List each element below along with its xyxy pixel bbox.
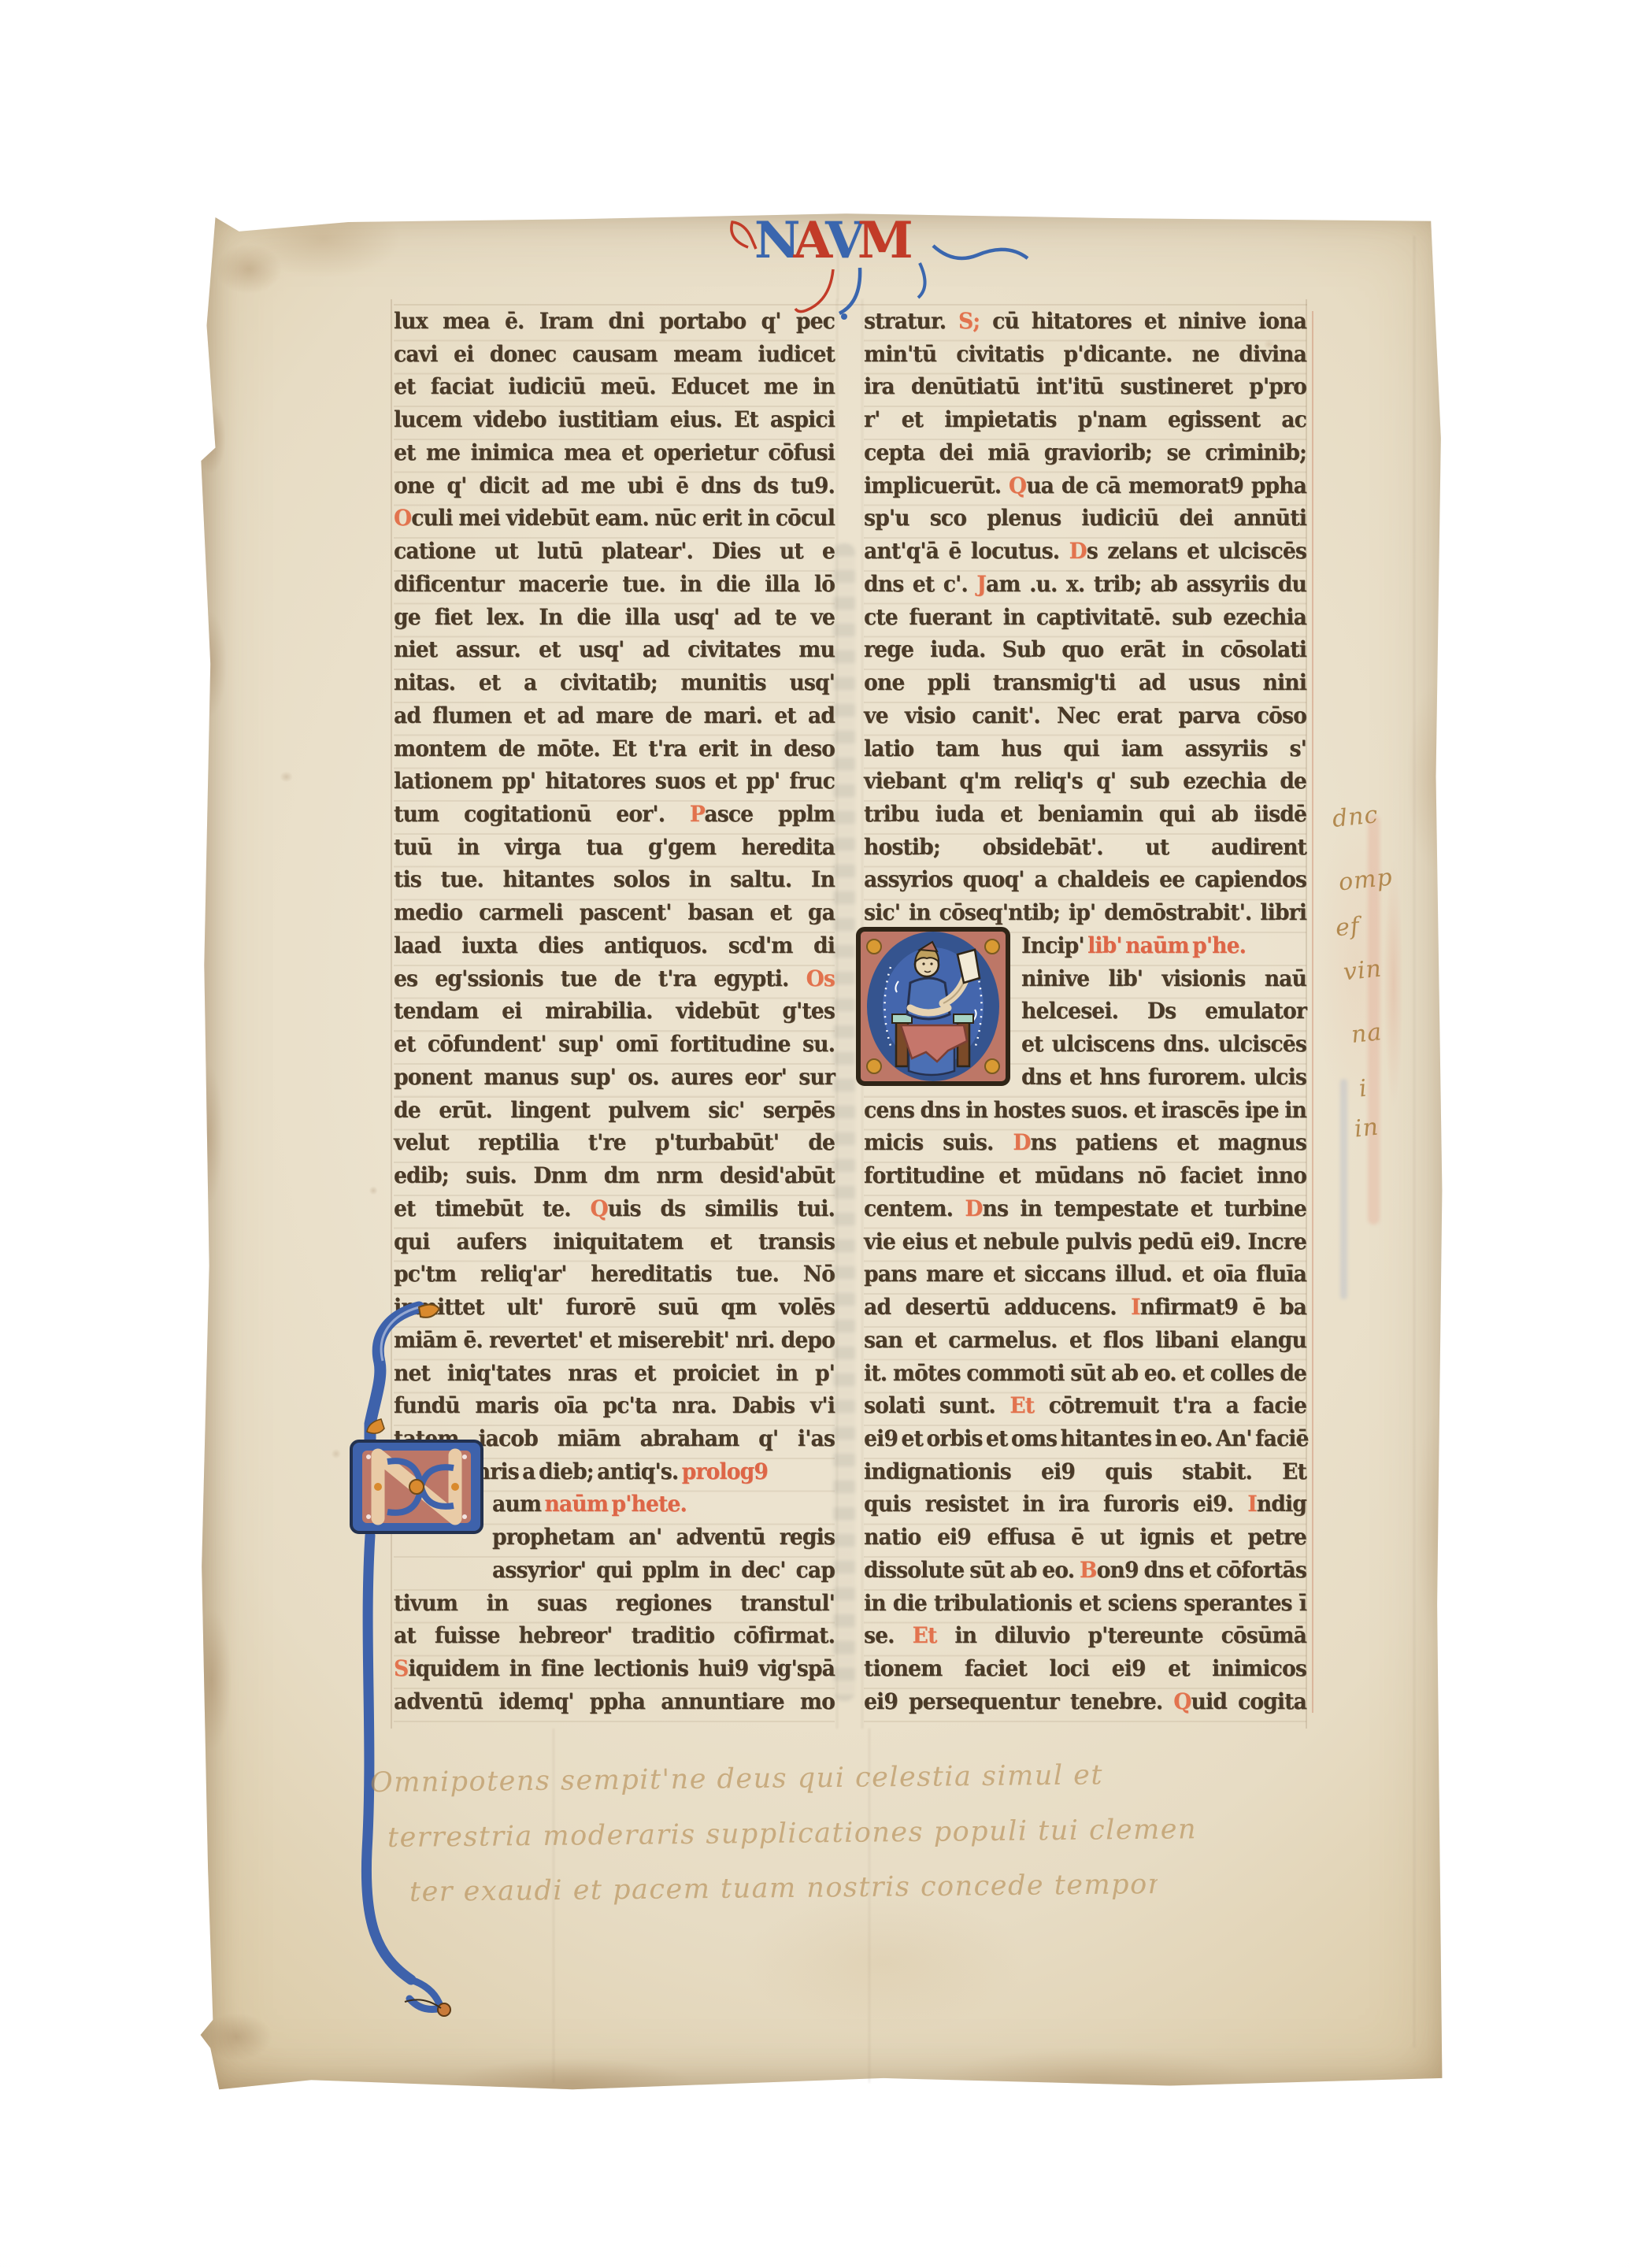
body-text: asce pplm — [704, 802, 835, 827]
text-line: ad flumen et ad mare de mari. et ad — [394, 703, 835, 737]
touched-capital: J — [976, 572, 986, 597]
text-line: pans mare et siccans illud. et oīa fluīa — [864, 1262, 1306, 1295]
margin-note: na — [1350, 1018, 1384, 1049]
text-line: catione ut lutū platear'. Dies ut e — [394, 539, 835, 573]
body-text: sp'u sco plenus iudiciū dei annūti — [864, 506, 1306, 531]
text-line: dissolute sūt ab eo. Bon9 dns et cōfortā… — [864, 1558, 1306, 1592]
text-line: rege iuda. Sub quo erāt in cōsolati — [864, 637, 1306, 671]
text-line: min'tū civitatis p'dicante. ne divina — [864, 342, 1306, 376]
body-text: stratur. — [864, 309, 958, 334]
body-text: edib; suis. Dnm dm nrm desid'abūt — [394, 1163, 835, 1188]
body-text: implicuerūt. — [864, 473, 1009, 498]
body-text: min'tū civitatis p'dicante. ne divina — [864, 342, 1306, 367]
rubric-text: naūm p'hete. — [545, 1492, 687, 1517]
body-text: ua de cā memorat9 ppha — [1026, 473, 1306, 498]
body-text: cens dns in hostes suos. et irascēs ipe … — [864, 1098, 1306, 1123]
fold-right-margin — [1413, 236, 1415, 2047]
body-text: cōtremuit t'ra a facie — [1034, 1393, 1306, 1418]
text-line: cepta dei miā graviorib; se criminib; — [864, 440, 1306, 474]
body-text: dns et c'. — [864, 572, 976, 597]
text-line: velut reptilia t're p'turbabūt' de — [394, 1130, 835, 1164]
text-line: cens dns in hostes suos. et irascēs ipe … — [864, 1098, 1306, 1132]
text-line: de erūt. lingent pulvem sic' serpēs — [394, 1098, 835, 1132]
text-line: niet assur. et usq' ad civitates mu — [394, 637, 835, 671]
body-text: it. mōtes commoti sūt ab eo. et colles d… — [864, 1361, 1306, 1386]
body-text: uis ds similis tui. — [608, 1196, 835, 1221]
margin-note: vin — [1342, 955, 1383, 987]
touched-capital: B — [1080, 1558, 1097, 1583]
text-line: r' et impietatis p'nam egissent ac — [864, 407, 1306, 441]
body-text: ad desertū adducens. — [864, 1295, 1131, 1320]
text-line: dificentur macerie tue. in die illa lō — [394, 572, 835, 606]
body-text: laad iuxta dies antiquos. scd'm di — [394, 933, 835, 958]
text-line: ei9 et orbis et oms hitantes in eo. An' … — [864, 1426, 1306, 1460]
body-text: rege iuda. Sub quo erāt in cōsolati — [864, 637, 1306, 662]
text-line: ei9 persequentur tenebre. Quid cogita — [864, 1689, 1306, 1723]
body-text: pans mare et siccans illud. et oīa fluīa — [864, 1262, 1306, 1287]
body-text: dissolute sūt ab eo. — [864, 1558, 1080, 1583]
body-text: in die tribulationis et sciens sperantes… — [864, 1591, 1306, 1616]
body-text: sic' in cōseq'ntib; ip' demōstrabit'. li… — [864, 900, 1306, 925]
body-text: ant'q'ā ē locutus. — [864, 539, 1069, 564]
body-text: qui aufers iniquitatem et transis — [394, 1229, 835, 1254]
body-text: solati sunt. — [864, 1393, 1009, 1418]
body-text: montem de mōte. Et t'ra erit in deso — [394, 736, 835, 762]
text-line: indignationis ei9 quis stabit. Et — [864, 1459, 1306, 1493]
text-line: one q' dicit ad me ubi ē dns ds tu9. — [394, 473, 835, 507]
text-line: et me inimica mea et operietur cōfusi — [394, 440, 835, 474]
text-line: dns et c'. Jam .u. x. trib; ab assyriis … — [864, 572, 1306, 606]
touched-capital: Et — [913, 1623, 937, 1648]
body-text: cte fuerant in captivitatē. sub ezechia — [864, 605, 1306, 630]
body-text: r' et impietatis p'nam egissent ac — [864, 407, 1306, 432]
body-text: niet assur. et usq' ad civitates mu — [394, 637, 835, 662]
rubric-text: lib' naūm p'he. — [1087, 933, 1246, 958]
body-text: lucem videbo iustitiam eius. Et aspici — [394, 407, 835, 432]
text-line: one ppli transmig'ti ad usus nini — [864, 670, 1306, 704]
body-text: ei9 et orbis et oms hitantes in eo. An' … — [864, 1426, 1309, 1451]
text-line: tis tue. hitantes solos in saltu. In — [394, 867, 835, 901]
body-text: de erūt. lingent pulvem sic' serpēs — [394, 1098, 835, 1123]
body-text: catione ut lutū platear'. Dies ut e — [394, 539, 835, 564]
text-line: lucem videbo iustitiam eius. Et aspici — [394, 407, 835, 441]
text-line: it. mōtes commoti sūt ab eo. et colles d… — [864, 1361, 1306, 1395]
text-line: hostib; obsidebāt'. ut audirent — [864, 835, 1306, 869]
body-text: ns in tempestate et turbine — [983, 1196, 1307, 1221]
text-line: tribu iuda et beniamin qui ab iisdē — [864, 802, 1306, 836]
margin-note: in — [1353, 1113, 1380, 1143]
body-text: vie eius et nebule pulvis pedū ei9. Incr… — [864, 1229, 1306, 1254]
text-line: pc'tm reliq'ar' hereditatis tue. Nō — [394, 1262, 835, 1295]
body-text: assyrios quoq' a chaldeis ee capiendos — [864, 867, 1306, 892]
body-text: dns et hns furorem. ulcis — [1021, 1065, 1306, 1090]
touched-capital: D — [965, 1196, 982, 1221]
touched-capital: I — [1247, 1492, 1257, 1517]
touched-capital: P — [690, 802, 704, 827]
body-text: ponent manus sup' os. aures eor' sur — [394, 1065, 835, 1090]
text-line: qui aufers iniquitatem et transis — [394, 1229, 835, 1263]
text-line: et faciat iudiciū meū. Educet me in — [394, 374, 835, 408]
body-text: indignationis ei9 quis stabit. Et — [864, 1459, 1306, 1484]
text-line: ira denūtiatū int'itū sustineret p'pro — [864, 374, 1306, 408]
body-text: viebant q'm reliq's q' sub ezechia de — [864, 769, 1306, 794]
photo-background: NAVM lux mea ē. Iram dni portabo q' pecc… — [0, 0, 1630, 2268]
touched-capital: Q — [590, 1196, 607, 1221]
body-text: ad flumen et ad mare de mari. et ad — [394, 703, 835, 728]
body-text: tum cogitationū eor'. — [394, 802, 690, 827]
text-line: et timebūt te. Quis ds similis tui. — [394, 1196, 835, 1230]
body-text: tionem faciet loci ei9 et inimicos — [864, 1656, 1306, 1681]
body-text: pc'tm reliq'ar' hereditatis tue. Nō — [394, 1262, 835, 1287]
body-text: ge fiet lex. In die illa usq' ad te ve — [394, 605, 835, 630]
text-line: centem. Dns in tempestate et turbine — [864, 1196, 1306, 1230]
text-line: vie eius et nebule pulvis pedū ei9. Incr… — [864, 1229, 1306, 1263]
touched-capital: Os — [806, 966, 835, 991]
text-line: solati sunt. Et cōtremuit t'ra a facie — [864, 1393, 1306, 1427]
body-text: tribu iuda et beniamin qui ab iisdē — [864, 802, 1306, 827]
text-line: viebant q'm reliq's q' sub ezechia de — [864, 769, 1306, 802]
text-line: lationem pp' hitatores suos et pp' fruc — [394, 769, 835, 802]
body-text: prophetam an' adventū regis — [492, 1525, 835, 1550]
touched-capital: S; — [958, 309, 980, 334]
body-text: quis resistet in ira furoris ei9. — [864, 1492, 1247, 1517]
body-text: micis suis. — [864, 1130, 1013, 1155]
body-text: et cōfundent' sup' omī fortitudine su. — [394, 1032, 835, 1057]
text-line: ve visio canit'. Nec erat parva cōso — [864, 703, 1306, 737]
touched-capital: Q — [1009, 473, 1026, 498]
body-text: et timebūt te. — [394, 1196, 590, 1221]
touched-capital: Q — [1173, 1689, 1191, 1714]
text-line: ge fiet lex. In die illa usq' ad te ve — [394, 605, 835, 639]
body-text: cavi ei donec causam meam iudicet — [394, 342, 835, 367]
text-line: san et carmelus. et flos libani elangu — [864, 1328, 1306, 1362]
body-text: et ulciscens dns. ulciscēs — [1021, 1032, 1306, 1057]
text-line: sp'u sco plenus iudiciū dei annūti — [864, 506, 1306, 539]
text-line: ad desertū adducens. Infirmat9 ē ba — [864, 1295, 1306, 1329]
showthrough-margin-blue — [1340, 1079, 1347, 1299]
ruling-red-right — [1312, 311, 1313, 1713]
body-text: one ppli transmig'ti ad usus nini — [864, 670, 1306, 695]
text-line: tum cogitationū eor'. Pasce pplm — [394, 802, 835, 836]
body-text: medio carmeli pascent' basan et ga — [394, 900, 835, 925]
body-text: velut reptilia t're p'turbabūt' de — [394, 1130, 835, 1155]
body-text: fortitudine et mūdans nō faciet inno — [864, 1163, 1306, 1188]
body-text: ve visio canit'. Nec erat parva cōso — [864, 703, 1306, 728]
body-text: nfirmat9 ē ba — [1140, 1295, 1306, 1320]
text-line: medio carmeli pascent' basan et ga — [394, 900, 835, 934]
text-line: edib; suis. Dnm dm nrm desid'abūt — [394, 1163, 835, 1197]
text-line: in die tribulationis et sciens sperantes… — [864, 1591, 1306, 1625]
text-line: cavi ei donec causam meam iudicet — [394, 342, 835, 376]
body-text: ira denūtiatū int'itū sustineret p'pro — [864, 374, 1306, 399]
body-text: ninive lib' visionis naū — [1021, 966, 1306, 991]
body-text: s zelans et ulciscēs — [1087, 539, 1306, 564]
body-text: one q' dicit ad me ubi ē dns ds tu9. — [394, 473, 835, 498]
body-text: lux mea ē. Iram dni portabo q' pec — [394, 309, 835, 334]
manuscript-photo: { "document": { "type": "medieval manusc… — [0, 0, 1630, 2268]
text-line: nitas. et a civitatib; munitis usq' — [394, 670, 835, 704]
text-line: latio tam hus qui iam assyriis s' — [864, 736, 1306, 770]
body-text: tis tue. hitantes solos in saltu. In — [394, 867, 835, 892]
text-line: natio ei9 effusa ē ut ignis et petre — [864, 1525, 1306, 1558]
body-text: Incip' — [1021, 933, 1087, 958]
body-text: ei9 persequentur tenebre. — [864, 1689, 1173, 1714]
body-text: assyrior' qui pplm in dec' cap — [492, 1558, 835, 1583]
body-text: et faciat iudiciū meū. Educet me in — [394, 374, 835, 399]
text-line: es eg'ssionis tue de t'ra egypti. Os — [394, 966, 835, 1000]
text-line: montem de mōte. Et t'ra erit in deso — [394, 736, 835, 770]
body-text: am .u. x. trib; ab assyriis du — [986, 572, 1306, 597]
running-title-flourishes — [693, 206, 1032, 324]
text-line: assyrios quoq' a chaldeis ee capiendos — [864, 867, 1306, 901]
margin-note: ef — [1334, 912, 1361, 942]
touched-capital: O — [394, 506, 411, 531]
body-text: culi mei videbūt eam. nūc erit in cōcul — [411, 506, 835, 531]
body-text: es eg'ssionis tue de t'ra egypti. — [394, 966, 806, 991]
body-text: helcesei. Ds emulator — [1021, 999, 1306, 1024]
body-text: ndig — [1257, 1492, 1306, 1517]
showthrough-intercolumn-flourish — [833, 543, 855, 1701]
body-text: uid cogita — [1191, 1689, 1306, 1714]
text-line: cte fuerant in captivitatē. sub ezechia — [864, 605, 1306, 639]
body-text: in diluvio p'tereunte cōsūmā — [936, 1623, 1306, 1648]
text-line: tionem faciet loci ei9 et inimicos — [864, 1656, 1306, 1690]
text-line: laad iuxta dies antiquos. scd'm di — [394, 933, 835, 967]
body-text: ns patiens et magnus — [1031, 1130, 1306, 1155]
body-text: natio ei9 effusa ē ut ignis et petre — [864, 1525, 1306, 1550]
rubric-text: prolog9 — [682, 1459, 768, 1484]
body-text: hostib; obsidebāt'. ut audirent — [864, 835, 1306, 860]
text-line: se. Et in diluvio p'tereunte cōsūmā — [864, 1623, 1306, 1657]
body-text: tendam ei mirabilia. videbūt g'tes — [394, 999, 835, 1024]
touched-capital: Et — [1009, 1393, 1034, 1418]
text-line: tendam ei mirabilia. videbūt g'tes — [394, 999, 835, 1032]
touched-capital: D — [1069, 539, 1087, 564]
margin-note: dnc — [1331, 801, 1380, 833]
text-line: et cōfundent' sup' omī fortitudine su. — [394, 1032, 835, 1065]
body-text: tuū in virga tua g'gem heredita — [394, 835, 835, 860]
text-line: fortitudine et mūdans nō faciet inno — [864, 1163, 1306, 1197]
touched-capital: D — [1013, 1130, 1030, 1155]
body-text: cepta dei miā graviorib; se criminib; — [864, 440, 1306, 465]
body-text: centem. — [864, 1196, 965, 1221]
body-text: latio tam hus qui iam assyriis s' — [864, 736, 1306, 762]
text-line: ant'q'ā ē locutus. Ds zelans et ulciscēs — [864, 539, 1306, 573]
text-line: stratur. S; cū hitatores et ninive iona — [864, 309, 1306, 343]
text-line: micis suis. Dns patiens et magnus — [864, 1130, 1306, 1164]
text-line: ponent manus sup' os. aures eor' sur — [394, 1065, 835, 1099]
text-line: Oculi mei videbūt eam. nūc erit in cōcul — [394, 506, 835, 539]
text-line: lux mea ē. Iram dni portabo q' pec — [394, 309, 835, 343]
historiated-initial-o — [855, 926, 1011, 1087]
body-text: san et carmelus. et flos libani elangu — [864, 1328, 1306, 1353]
body-text: nitas. et a civitatib; munitis usq' — [394, 670, 835, 695]
body-text: se. — [864, 1623, 913, 1648]
body-text: on9 dns et cōfortās — [1097, 1558, 1306, 1583]
body-text: dificentur macerie tue. in die illa lō — [394, 572, 835, 597]
decorated-initial-n — [340, 1299, 502, 2020]
touched-capital: I — [1131, 1295, 1140, 1320]
text-line: quis resistet in ira furoris ei9. Indig — [864, 1492, 1306, 1525]
body-text: lationem pp' hitatores suos et pp' fruc — [394, 769, 835, 794]
text-line: tuū in virga tua g'gem heredita — [394, 835, 835, 869]
text-line: implicuerūt. Qua de cā memorat9 ppha — [864, 473, 1306, 507]
margin-note: omp — [1337, 864, 1394, 897]
body-text: et me inimica mea et operietur cōfusi — [394, 440, 835, 465]
body-text: cū hitatores et ninive iona — [980, 309, 1306, 334]
